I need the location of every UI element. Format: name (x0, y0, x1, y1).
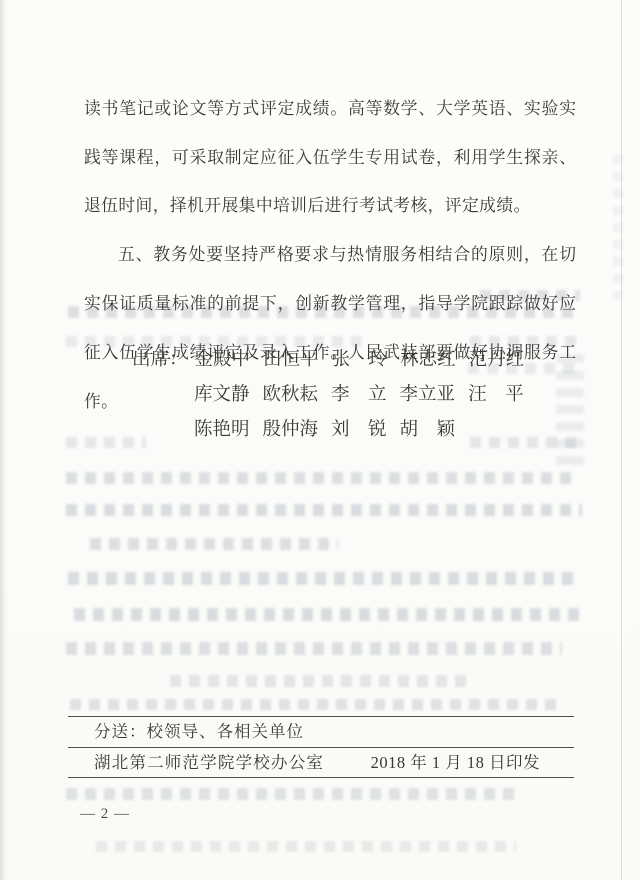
attendee-name: 陈艳明 (194, 415, 250, 441)
distribution-label: 分送： (94, 722, 147, 741)
attendee-name: 金殿中 (195, 345, 251, 371)
attendee-name: 胡 颖 (400, 415, 456, 441)
distribution-line: 分送：校领导、各相关单位 (94, 719, 304, 745)
body-line: 践等课程，可采取制定应征入伍学生专用试卷，利用学生探亲、 (84, 142, 576, 174)
attendee-name: 欧秋耘 (263, 380, 319, 406)
attendee-name: 李立亚 (400, 380, 456, 406)
attendee-name: 张 玲 (332, 345, 388, 371)
bleedthrough-mark (66, 504, 582, 516)
issuing-office: 湖北第二师范学院学校办公室 (94, 750, 324, 776)
bleedthrough-mark (70, 699, 558, 710)
bleedthrough-mark (170, 675, 470, 687)
footer-rule-top (68, 716, 574, 717)
attendee-name: 殷仲海 (263, 415, 319, 441)
bleedthrough-mark (66, 788, 522, 800)
attendance-row: 陈艳明 殷仲海 刘 锐 胡 颖 (132, 410, 524, 445)
scanned-document-page: 读书笔记或论文等方式评定成绩。高等数学、大学英语、实验实 践等课程，可采取制定应… (0, 0, 640, 880)
footer-rule-middle (68, 747, 574, 748)
attendee-name: 汪 平 (468, 380, 524, 406)
attendance-names: 陈艳明 殷仲海 刘 锐 胡 颖 (194, 415, 455, 441)
attendee-name: 刘 锐 (331, 415, 387, 441)
imprint-line: 湖北第二师范学院学校办公室 2018 年 1 月 18 日印发 (94, 750, 540, 776)
bleedthrough-mark (90, 538, 338, 550)
attendance-row: 库文静 欧秋耘 李 立 李立亚 汪 平 (132, 375, 524, 410)
print-date: 2018 年 1 月 18 日印发 (371, 750, 540, 776)
attendance-names: 库文静 欧秋耘 李 立 李立亚 汪 平 (194, 380, 524, 406)
attendee-name: 范丹红 (469, 345, 525, 371)
attendance-row: 出席： 金殿中 田恒平 张 玲 林志红 范丹红 (132, 340, 524, 375)
attendance-names: 金殿中 田恒平 张 玲 林志红 范丹红 (195, 345, 525, 371)
attendance-list: 出席： 金殿中 田恒平 张 玲 林志红 范丹红 库文静 欧秋耘 李 立 李立亚 … (132, 340, 524, 445)
bleedthrough-mark (96, 841, 516, 852)
distribution-value: 校领导、各相关单位 (147, 722, 305, 741)
bleedthrough-mark (66, 642, 562, 655)
footer-rule-bottom (68, 777, 574, 778)
bleedthrough-mark (66, 472, 574, 484)
body-line: 实保证质量标准的前提下，创新教学管理，指导学院跟踪做好应 (84, 288, 576, 320)
bleedthrough-mark (74, 608, 582, 621)
attendee-name: 李 立 (331, 380, 387, 406)
attendee-name: 林志红 (400, 345, 456, 371)
body-line: 五、教务处要坚持严格要求与热情服务相结合的原则，在切 (84, 239, 576, 271)
attendee-name: 田恒平 (263, 345, 319, 371)
scan-edge-left (0, 0, 8, 880)
attendance-label: 出席： (132, 345, 188, 371)
bleedthrough-mark (613, 150, 623, 300)
attendee-name: 库文静 (194, 380, 250, 406)
body-line: 退伍时间，择机开展集中培训后进行考试考核，评定成绩。 (84, 190, 576, 222)
scan-edge-right (621, 0, 622, 880)
bleedthrough-mark (68, 572, 580, 585)
body-line: 读书笔记或论文等方式评定成绩。高等数学、大学英语、实验实 (84, 93, 576, 125)
page-number: — 2 — (80, 806, 130, 823)
